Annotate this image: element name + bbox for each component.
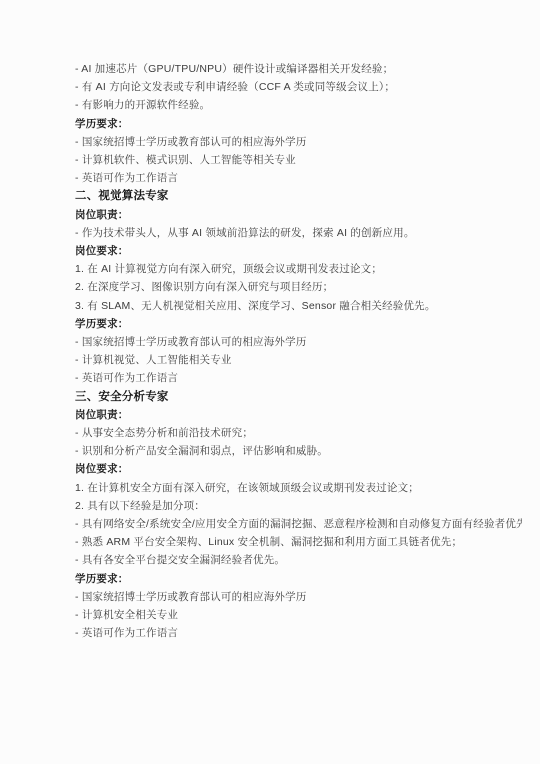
field-label-duties: 岗位职责：: [75, 206, 522, 224]
section-heading: 二、视觉算法专家: [75, 187, 522, 205]
requirement-item: - 计算机视觉、人工智能相关专业: [75, 351, 522, 369]
field-label-requirements: 岗位要求：: [75, 242, 522, 260]
field-label-education: 学历要求：: [75, 115, 522, 133]
requirement-item: 1. 在计算机安全方面有深入研究，在该领域顶级会议或期刊发表过论文；: [75, 479, 522, 497]
requirement-item: - 有 AI 方向论文发表或专利申请经验（CCF A 类或同等级会议上）；: [75, 78, 522, 96]
requirement-item: 2. 在深度学习、图像识别方向有深入研究与项目经历；: [75, 278, 522, 296]
requirement-item: - 英语可作为工作语言: [75, 369, 522, 387]
section-vision-algorithm-expert: 二、视觉算法专家 岗位职责： - 作为技术带头人，从事 AI 领域前沿算法的研发…: [75, 187, 522, 387]
duty-item: - 识别和分析产品安全漏洞和弱点，评估影响和威胁。: [75, 442, 522, 460]
requirement-item: - 具有各安全平台提交安全漏洞经验者优先。: [75, 551, 522, 569]
requirement-item: 1. 在 AI 计算视觉方向有深入研究，顶级会议或期刊发表过论文；: [75, 260, 522, 278]
requirement-item: - 计算机软件、模式识别、人工智能等相关专业: [75, 151, 522, 169]
requirement-item: 2. 具有以下经验是加分项：: [75, 497, 522, 515]
requirement-item: - 国家统招博士学历或教育部认可的相应海外学历: [75, 133, 522, 151]
requirement-item: - 有影响力的开源软件经验。: [75, 96, 522, 114]
field-label-education: 学历要求：: [75, 570, 522, 588]
requirement-item: - 熟悉 ARM 平台安全架构、Linux 安全机制、漏洞挖掘和利用方面工具链者…: [75, 533, 522, 551]
requirement-item: 3. 有 SLAM、无人机视觉相关应用、深度学习、Sensor 融合相关经验优先…: [75, 297, 522, 315]
requirement-item: - 计算机安全相关专业: [75, 606, 522, 624]
requirement-item: - 具有网络安全/系统安全/应用安全方面的漏洞挖掘、恶意程序检测和自动修复方面有…: [75, 515, 522, 533]
requirement-item: - 英语可作为工作语言: [75, 169, 522, 187]
requirement-item: - 国家统招博士学历或教育部认可的相应海外学历: [75, 333, 522, 351]
document-page: - AI 加速芯片（GPU/TPU/NPU）硬件设计或编译器相关开发经验； - …: [0, 0, 540, 764]
field-label-education: 学历要求：: [75, 315, 522, 333]
section-accelerator-expert: - AI 加速芯片（GPU/TPU/NPU）硬件设计或编译器相关开发经验； - …: [75, 60, 522, 187]
duty-item: - 从事安全态势分析和前沿技术研究；: [75, 424, 522, 442]
section-heading: 三、安全分析专家: [75, 388, 522, 406]
requirement-item: - AI 加速芯片（GPU/TPU/NPU）硬件设计或编译器相关开发经验；: [75, 60, 522, 78]
requirement-item: - 英语可作为工作语言: [75, 624, 522, 642]
duty-item: - 作为技术带头人，从事 AI 领域前沿算法的研发，探索 AI 的创新应用。: [75, 224, 522, 242]
section-security-analysis-expert: 三、安全分析专家 岗位职责： - 从事安全态势分析和前沿技术研究； - 识别和分…: [75, 388, 522, 643]
field-label-requirements: 岗位要求：: [75, 460, 522, 478]
requirement-item: - 国家统招博士学历或教育部认可的相应海外学历: [75, 588, 522, 606]
field-label-duties: 岗位职责：: [75, 406, 522, 424]
